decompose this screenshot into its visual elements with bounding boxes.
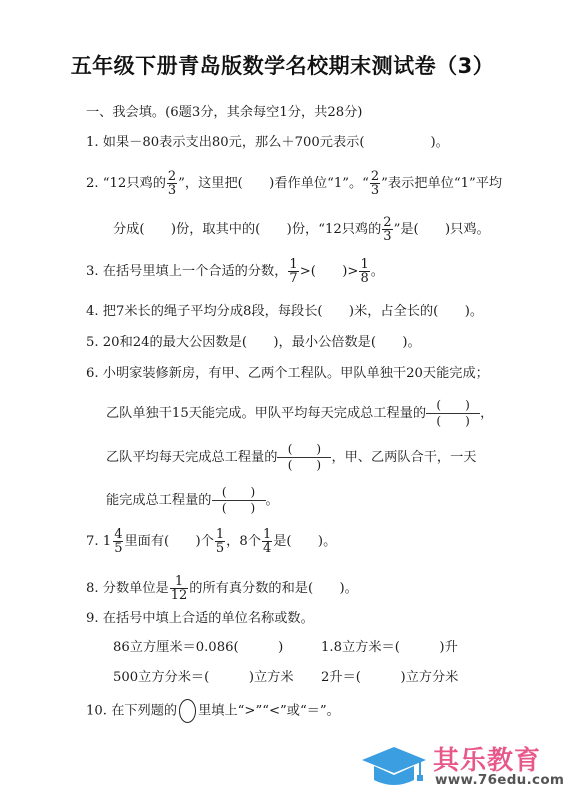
question-8: 8. 分数单位是112的所有真分数的和是( )。 — [86, 575, 358, 602]
blank-fraction[interactable]: ( )( ) — [277, 442, 331, 473]
brand-url: www.76edu.com — [435, 772, 564, 788]
question-3: 3. 在括号里填上一个合适的分数，17>( )>18。 — [86, 258, 384, 285]
page-title: 五年级下册青岛版数学名校期末测试卷（3） — [0, 50, 565, 80]
fraction: 17 — [288, 258, 298, 285]
question-number: 9. — [86, 611, 99, 626]
blank-fraction[interactable]: ( )( ) — [212, 485, 266, 516]
question-number: 5. — [86, 335, 99, 350]
fraction: 45 — [113, 528, 123, 555]
question-2-line-2: 分成( )份，取其中的( )份，“12只鸡的23”是( )只鸡。 — [113, 216, 490, 243]
question-number: 7. — [86, 534, 99, 549]
question-number: 6. — [86, 366, 99, 381]
section-heading: 一、我会填。(6题3分，其余每空1分，共28分) — [86, 104, 362, 122]
question-number: 2. — [86, 176, 99, 191]
blank-fraction[interactable]: ( )( ) — [426, 398, 480, 429]
question-6-line-3: 乙队平均每天完成总工程量的( )( )，甲、乙两队合干，一天 — [106, 442, 477, 473]
fraction: 15 — [215, 528, 225, 555]
question-1: 1. 如果－80表示支出80元，那么＋700元表示( )。 — [86, 134, 449, 152]
question-number: 4. — [86, 304, 99, 319]
question-number: 3. — [86, 264, 99, 279]
fraction: 18 — [359, 258, 369, 285]
question-2: 2. “12只鸡的23”，这里把( )看作单位“1”。“23”表示把单位“1”平… — [86, 170, 502, 197]
watermark-logo: 其乐教育 www.76edu.com — [356, 738, 561, 794]
question-9: 9. 在括号中填上合适的单位名称或数。 — [86, 610, 314, 628]
fraction: 23 — [167, 170, 177, 197]
question-number: 10. — [86, 704, 107, 719]
answer-blank[interactable] — [365, 134, 431, 152]
question-4: 4. 把7米长的绳子平均分成8段，每段长( )米，占全长的( )。 — [86, 303, 483, 321]
unit-item: 500立方分米＝( )立方米 — [113, 669, 294, 687]
question-6-line-2: 乙队单独干15天能完成。甲队平均每天完成总工程量的( )( )， — [106, 398, 493, 429]
question-5: 5. 20和24的最大公因数是( )，最小公倍数是( )。 — [86, 334, 421, 352]
comparison-circle-icon — [179, 699, 196, 723]
fraction: 14 — [262, 528, 272, 555]
unit-item: 86立方厘米＝0.086( ) — [113, 639, 283, 657]
fraction: 23 — [382, 216, 392, 243]
question-number: 8. — [86, 581, 99, 596]
fraction: 112 — [170, 575, 189, 602]
unit-item: 2升＝( )立方分米 — [321, 669, 458, 687]
unit-item: 1.8立方米＝( )升 — [321, 639, 458, 657]
graduation-cap-icon — [360, 744, 430, 790]
question-10: 10. 在下列题的里填上“>”“<”或“＝”。 — [86, 699, 340, 723]
question-6-line-4: 能完成总工程量的( )( )。 — [106, 485, 279, 516]
question-6: 6. 小明家装修新房，有甲、乙两个工程队。甲队单独干20天能完成； — [86, 365, 489, 383]
question-7: 7. 145里面有( )个15，8个14是( )。 — [86, 528, 336, 555]
fraction: 23 — [370, 170, 380, 197]
question-number: 1. — [86, 135, 99, 150]
